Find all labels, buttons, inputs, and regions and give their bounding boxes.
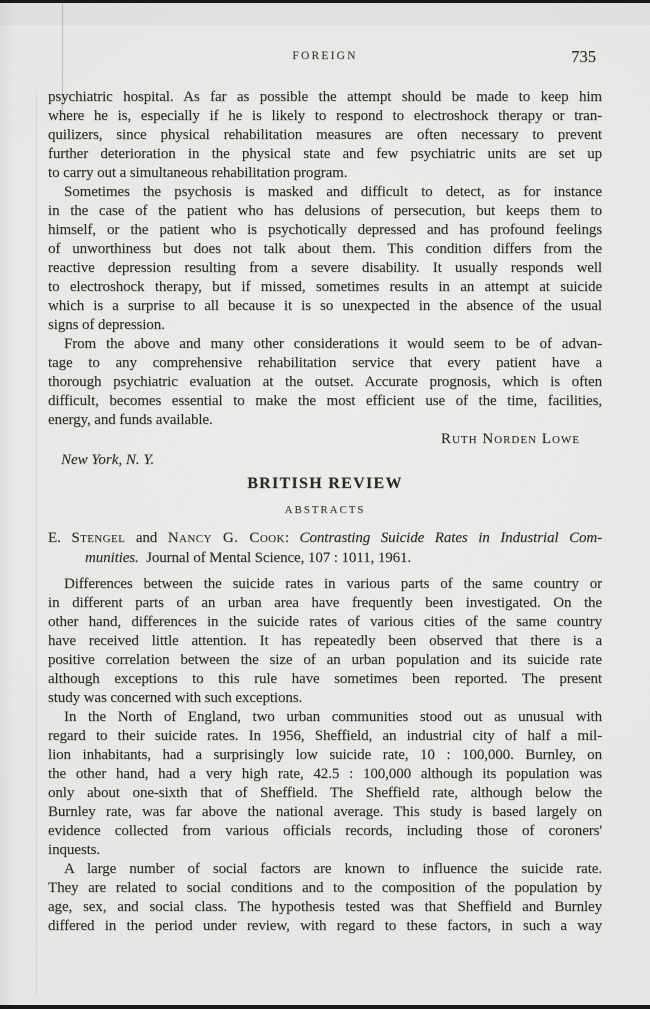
text-line: Differences between the suicide rates in… <box>48 575 602 594</box>
text-line: signs of depression. <box>48 316 602 335</box>
text-line: in different parts of an urban area have… <box>48 594 602 613</box>
section-heading: BRITISH REVIEW <box>48 474 602 494</box>
text-line: in the case of the patient who has delus… <box>48 202 602 221</box>
text-line: A large number of social factors are kno… <box>48 860 602 879</box>
text-line: other hand, differences in the suicide r… <box>48 613 602 632</box>
paragraph: Sometimes the psychosis is masked and di… <box>48 183 602 335</box>
page-header: FOREIGN 735 <box>48 50 602 65</box>
text-line: differed in the period under review, wit… <box>48 917 602 936</box>
text-line: evidence collected from various official… <box>48 822 602 841</box>
body-text-abstract: Differences between the suicide rates in… <box>48 575 602 936</box>
text-line: tage to any comprehensive rehabilitation… <box>48 354 602 373</box>
text-line: himself, or the patient who is psychotic… <box>48 221 602 240</box>
text-line: From the above and many other considerat… <box>48 335 602 354</box>
page-content: FOREIGN 735 psychiatric hospital. As far… <box>0 0 650 936</box>
running-head: FOREIGN <box>48 50 602 62</box>
citation-journal-ref: Journal of Mental Science, 107 : 1011, 1… <box>139 550 411 566</box>
text-line: of unworthiness but does not talk about … <box>48 240 602 259</box>
author-location: New York, N. Y. <box>48 451 602 470</box>
citation-author-2: Nancy G. Cook <box>168 530 285 546</box>
text-line: have received little attention. It has r… <box>48 632 602 651</box>
paragraph: psychiatric hospital. As far as possible… <box>48 88 602 183</box>
citation-title-part-2: munities. <box>85 550 139 566</box>
author-signature: Ruth Norden Lowe <box>48 430 602 449</box>
citation-author-1: Stengel <box>71 530 125 546</box>
text-line: thorough psychiatric evaluation at the o… <box>48 373 602 392</box>
text-line: positive correlation between the size of… <box>48 651 602 670</box>
scanned-page: FOREIGN 735 psychiatric hospital. As far… <box>0 0 650 1009</box>
citation-prefix: E. <box>48 530 71 546</box>
citation: E. Stengel and Nancy G. Cook: Contrastin… <box>48 528 602 568</box>
text-line: to electroshock therapy, but if missed, … <box>48 278 602 297</box>
text-line: difficult, becomes essential to make the… <box>48 392 602 411</box>
text-line: the other hand, had a very high rate, 42… <box>48 765 602 784</box>
text-line: to carry out a simultaneous rehabilitati… <box>48 164 602 183</box>
paragraph: From the above and many other considerat… <box>48 335 602 430</box>
text-line: reactive depression resulting from a sev… <box>48 259 602 278</box>
paragraph: A large number of social factors are kno… <box>48 860 602 936</box>
paragraph: In the North of England, two urban commu… <box>48 708 602 860</box>
text-line: They are related to social conditions an… <box>48 879 602 898</box>
text-line: further deterioration in the physical st… <box>48 145 602 164</box>
text-line: age, sex, and social class. The hypothes… <box>48 898 602 917</box>
body-text-top: psychiatric hospital. As far as possible… <box>48 88 602 430</box>
citation-title-part-1: Contrasting Suicide Rates in Industrial … <box>300 530 602 546</box>
text-line: energy, and funds available. <box>48 411 602 430</box>
text-line: although exceptions to this rule have so… <box>48 670 602 689</box>
text-line: In the North of England, two urban commu… <box>48 708 602 727</box>
text-line: which is a surprise to all because it is… <box>48 297 602 316</box>
text-line: Burnley rate, was far above the national… <box>48 803 602 822</box>
text-line: Sometimes the psychosis is masked and di… <box>48 183 602 202</box>
page-number: 735 <box>571 47 596 67</box>
citation-conjunction: and <box>125 530 168 546</box>
text-line: lion inhabitants, had a surprisingly low… <box>48 746 602 765</box>
citation-separator: : <box>285 530 300 546</box>
scan-bottom-edge <box>0 1005 650 1009</box>
text-line: quilizers, since physical rehabilitation… <box>48 126 602 145</box>
text-line: study was concerned with such exceptions… <box>48 689 602 708</box>
paragraph: Differences between the suicide rates in… <box>48 575 602 708</box>
text-line: where he is, especially if he is likely … <box>48 107 602 126</box>
text-line: psychiatric hospital. As far as possible… <box>48 88 602 107</box>
section-subheading: ABSTRACTS <box>48 504 602 516</box>
text-line: regard to their suicide rates. In 1956, … <box>48 727 602 746</box>
citation-line-1: E. Stengel and Nancy G. Cook: Contrastin… <box>48 528 602 548</box>
text-line: only about one-sixth that of Sheffield. … <box>48 784 602 803</box>
citation-line-2: munities. Journal of Mental Science, 107… <box>48 548 602 568</box>
text-line: inquests. <box>48 841 602 860</box>
